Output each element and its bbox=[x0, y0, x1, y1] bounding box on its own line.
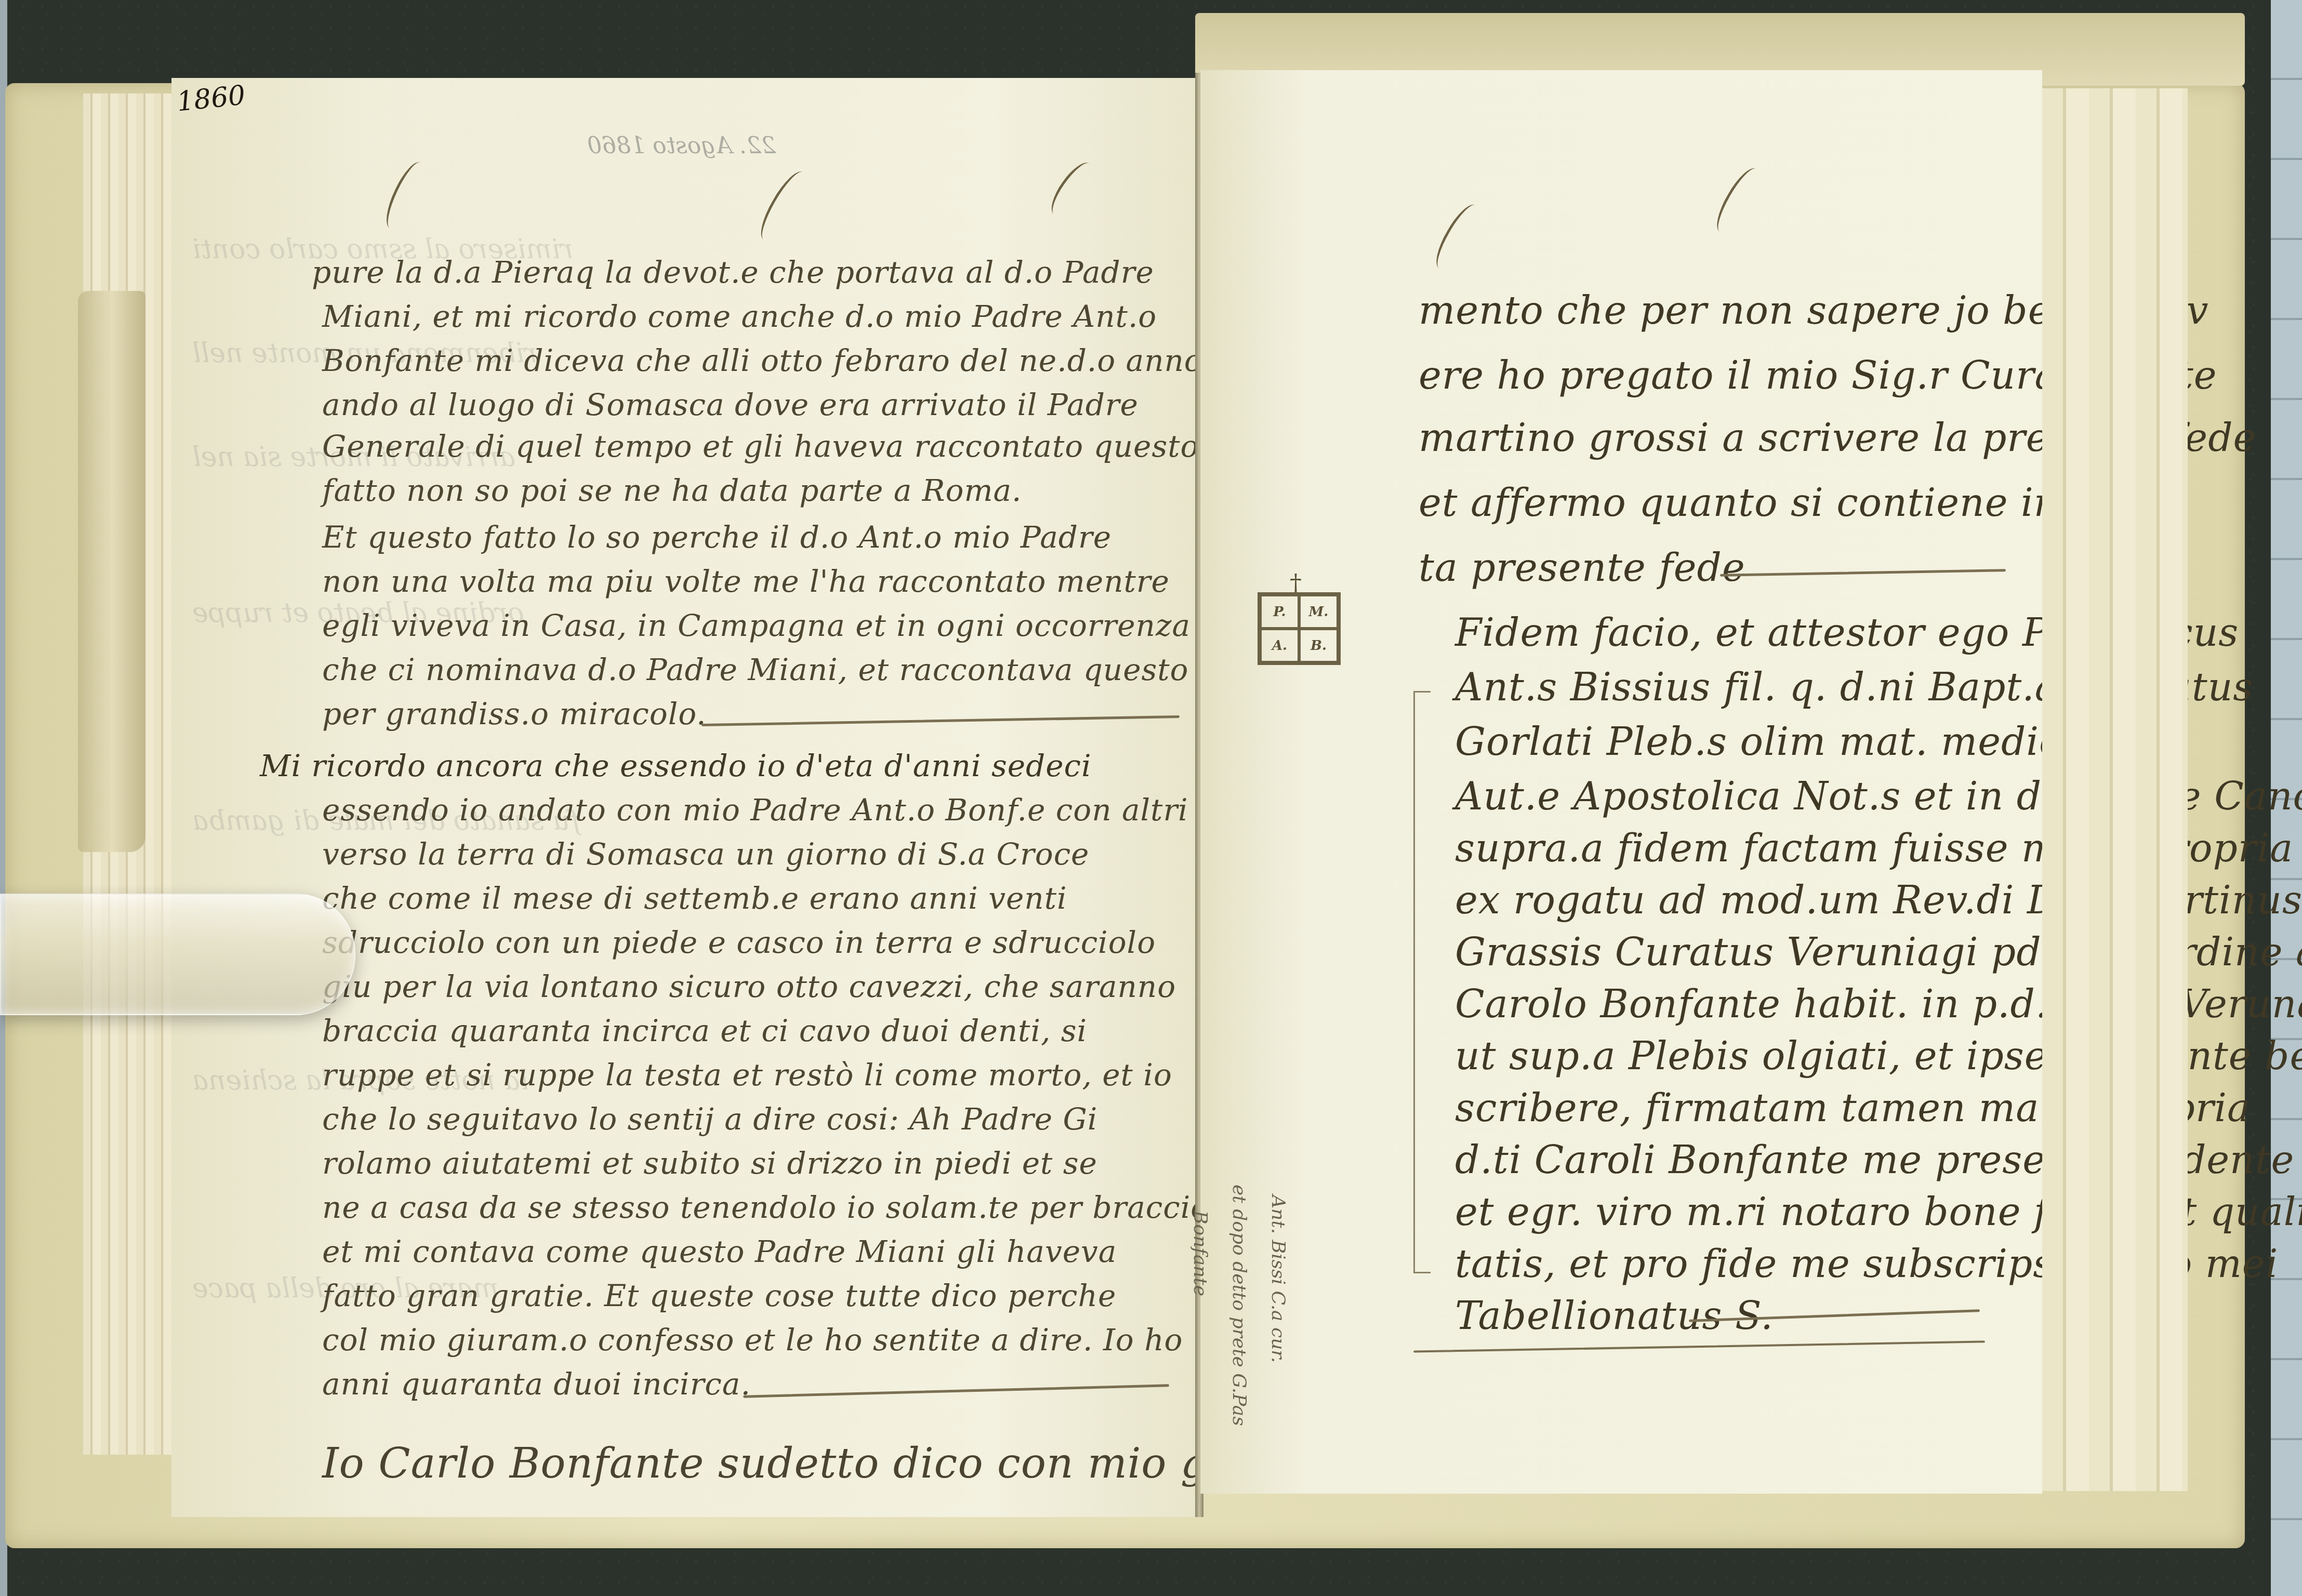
manuscript-line: essendo io andato con mio Padre Ant.o Bo… bbox=[322, 792, 1188, 828]
manuscript-line: ta presente fede bbox=[1419, 546, 1745, 590]
line-end-rule bbox=[743, 1384, 1169, 1398]
seal-initial: B. bbox=[1299, 629, 1338, 662]
manuscript-line: verso la terra di Somasca un giorno di S… bbox=[322, 836, 1089, 872]
ink-flourish bbox=[753, 166, 813, 245]
manuscript-line: Mi ricordo ancora che essendo io d'eta d… bbox=[260, 748, 1092, 783]
margin-note-vertical: Ant. Bissi C.a cur. bbox=[1267, 1195, 1289, 1363]
manuscript-line: Miani, et mi ricordo come anche d.o mio … bbox=[322, 299, 1157, 334]
ink-flourish bbox=[1429, 199, 1486, 274]
manuscript-line: et mi contava come questo Padre Miani gl… bbox=[322, 1234, 1117, 1269]
manuscript-line: Generale di quel tempo et gli haveva rac… bbox=[322, 429, 1199, 464]
pencil-date-note: 22. Agosto 1860 bbox=[587, 132, 776, 159]
torn-paper-flap bbox=[78, 291, 145, 852]
manuscript-line: ando al luogo di Somasca dove era arriva… bbox=[322, 387, 1139, 422]
seal-shield: P. M. A. B. bbox=[1258, 592, 1341, 665]
ink-flourish bbox=[379, 157, 431, 233]
right-page: mento che per non sapere jo bene scriv e… bbox=[1200, 70, 2042, 1494]
seal-initial: A. bbox=[1260, 629, 1299, 662]
seal-initial: P. bbox=[1260, 595, 1299, 629]
glass-page-weight bbox=[0, 894, 355, 1015]
line-end-rule bbox=[702, 715, 1180, 726]
seal-initial: M. bbox=[1299, 595, 1338, 629]
line-end-rule bbox=[1720, 569, 2006, 577]
manuscript-line: giu per la via lontano sicuro otto cavez… bbox=[322, 969, 1176, 1004]
manuscript-line: che ci nominava d.o Padre Miani, et racc… bbox=[322, 652, 1273, 687]
page-stack-right-edges bbox=[2042, 88, 2188, 1491]
manuscript-line: non una volta ma piu volte me l'ha racco… bbox=[322, 564, 1170, 599]
manuscript-line: braccia quaranta incirca et ci cavo duoi… bbox=[322, 1013, 1087, 1048]
closing-rule bbox=[1413, 1340, 1985, 1352]
manuscript-line: anni quaranta duoi incirca. bbox=[322, 1366, 751, 1402]
margin-note-vertical: et dopo detto prete G.Pas bbox=[1228, 1185, 1250, 1426]
manuscript-line: sdrucciolo con un piede e casco in terra… bbox=[322, 925, 1156, 960]
manuscript-line: Et questo fatto lo so perche il d.o Ant.… bbox=[322, 520, 1112, 555]
notarial-line: Tabellionatus S. bbox=[1455, 1294, 1774, 1338]
manuscript-line: fatto non so poi se ne ha data parte a R… bbox=[322, 473, 1022, 508]
margin-note-vertical: Bonfante bbox=[1189, 1211, 1211, 1296]
manuscript-line: ne a casa da se stesso tenendolo io sola… bbox=[322, 1190, 1209, 1225]
manuscript-line: per grandiss.o miracolo. bbox=[322, 696, 707, 731]
manuscript-line: col mio giuram.o confesso et le ho senti… bbox=[322, 1322, 1183, 1358]
left-page: rimisero al ssmo carlo conti ribenmona u… bbox=[171, 78, 1200, 1517]
manuscript-line: Bonfante mi diceva che alli otto febraro… bbox=[322, 343, 1203, 378]
manuscript-line: che lo seguitavo lo sentij a dire cosi: … bbox=[322, 1101, 1097, 1137]
manuscript-line: egli viveva in Casa, in Campagna et in o… bbox=[322, 608, 1190, 643]
ink-flourish bbox=[1710, 163, 1766, 238]
manuscript-line: fatto gran gratie. Et queste cose tutte … bbox=[322, 1278, 1116, 1313]
manuscript-line: rolamo aiutatemi et subito si drizzo in … bbox=[322, 1146, 1097, 1181]
manuscript-line: pure la d.a Pieraq la devot.e che portav… bbox=[312, 255, 1154, 290]
notary-seal: † P. M. A. B. bbox=[1258, 592, 1346, 665]
ink-flourish bbox=[1044, 157, 1100, 221]
notarial-bracket bbox=[1413, 691, 1431, 1273]
manuscript-line: che come il mese di settemb.e erano anni… bbox=[322, 881, 1067, 916]
manuscript-line: ruppe et si ruppe la testa et restò li c… bbox=[322, 1057, 1172, 1093]
